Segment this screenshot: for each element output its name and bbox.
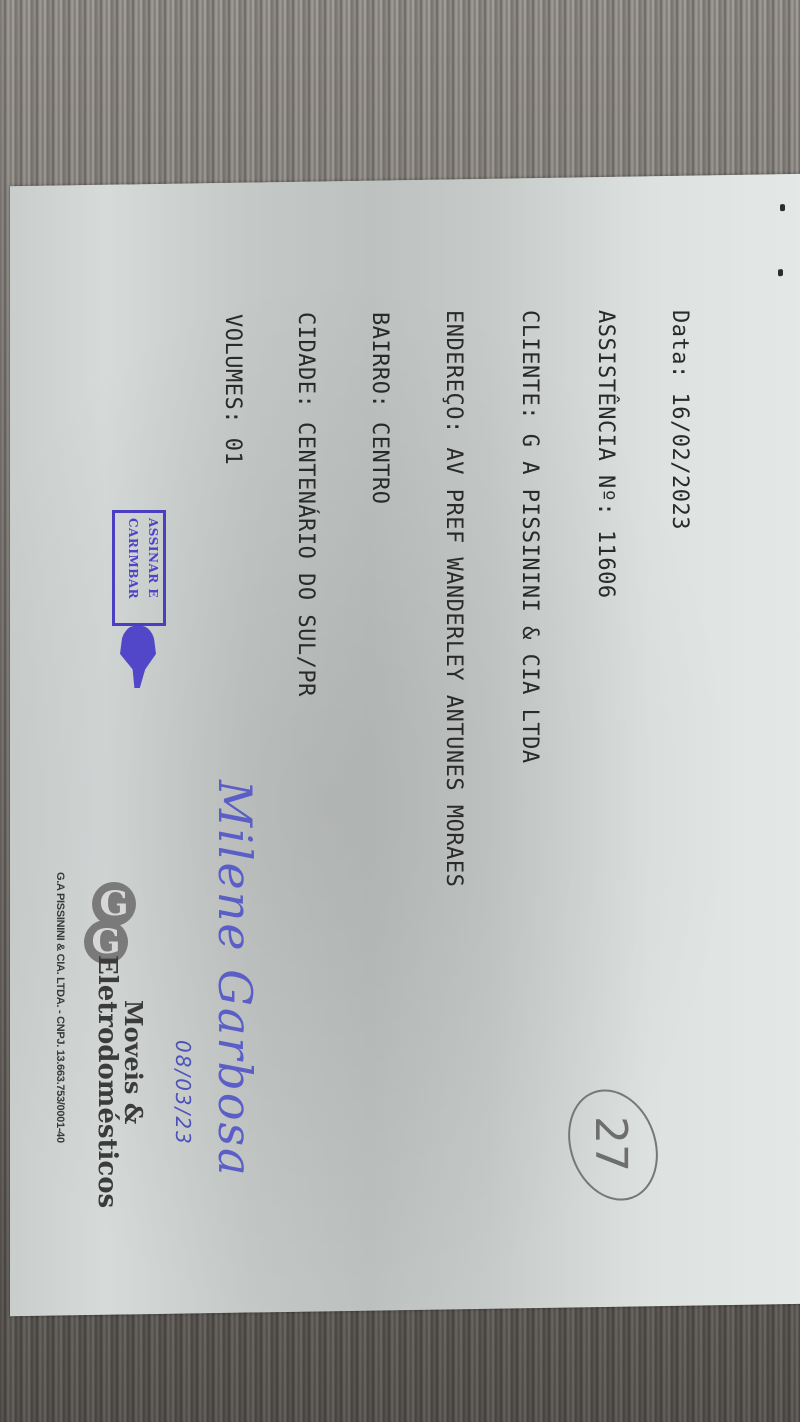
field-label: ASSISTÊNCIA Nº: [593, 310, 618, 516]
field-value: 11606 [593, 530, 618, 599]
field-label: VOLUMES: [220, 314, 245, 424]
field-label: Data: [667, 310, 692, 379]
field-value: 16/02/2023 [667, 392, 692, 529]
field-value: G A PISSININI & CIA LTDA [517, 434, 542, 764]
punch-hole [780, 204, 785, 211]
field-date: Data: 16/02/2023 [667, 310, 692, 530]
field-value: CENTENÁRIO DO SUL/PR [293, 422, 318, 697]
field-label: ENDEREÇO: [441, 310, 466, 434]
stamp-line-1: ASSINAR E [146, 518, 160, 598]
company-name-line-1: Moveis & [119, 1000, 148, 1124]
field-cidade: CIDADE: CENTENÁRIO DO SUL/PR [293, 312, 318, 697]
field-value: AV PREF WANDERLEY ANTUNES MORAES [441, 447, 466, 887]
company-logo-g-icon: G [92, 882, 136, 926]
field-cliente: CLIENTE: G A PISSININI & CIA LTDA [517, 310, 542, 764]
circled-number: 27 [585, 1116, 636, 1172]
company-legal-line: G.A PISSININI & CIA. LTDA. - CNPJ. 13.66… [54, 872, 66, 1143]
field-bairro: BAIRRO: CENTRO [367, 312, 392, 504]
company-name-line-2: Eletrodomésticos [92, 955, 122, 1208]
field-assistencia-number: ASSISTÊNCIA Nº: 11606 [593, 310, 618, 599]
field-volumes: VOLUMES: 01 [220, 314, 245, 465]
handwritten-date: 08/03/23 [171, 1040, 195, 1146]
stamp-line-2: CARIMBAR [126, 518, 140, 599]
field-label: CIDADE: [293, 312, 318, 408]
punch-hole [778, 269, 783, 276]
field-label: CLIENTE: [517, 310, 542, 420]
handwritten-signature: Milene Garbosa [208, 780, 262, 1178]
field-value: CENTRO [367, 422, 392, 504]
field-value: 01 [220, 438, 245, 466]
field-label: BAIRRO: [367, 312, 392, 408]
field-endereco: ENDEREÇO: AV PREF WANDERLEY ANTUNES MORA… [441, 310, 466, 887]
